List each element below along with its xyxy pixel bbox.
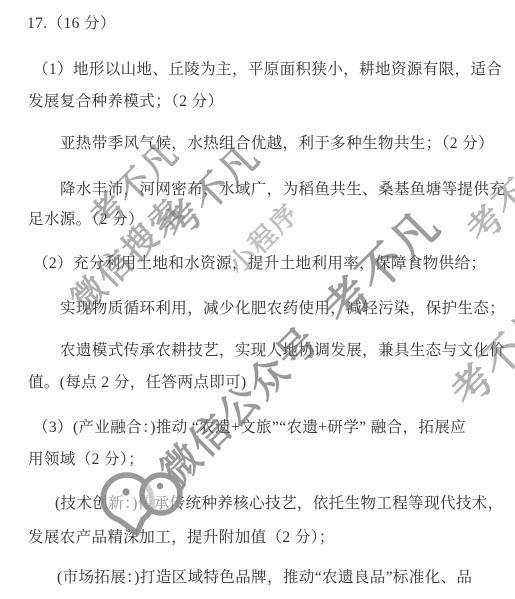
logo-right-eye xyxy=(157,483,163,489)
answer-line-11: （3）(产业融合：)推动 “农遗+文旅”“农遗+研学” 融合，拓展应 xyxy=(33,418,466,438)
logo-left-eye xyxy=(122,488,129,495)
answer-line-3: 发展复合种养模式；（2 分） xyxy=(28,92,223,112)
document-page: 17.（16 分）（1）地形以山地、丘陵为主，平原面积狭小，耕地资源有限，适合发… xyxy=(0,0,515,599)
answer-line-2: （1）地形以山地、丘陵为主，平原面积狭小，耕地资源有限，适合 xyxy=(33,60,502,80)
answer-line-12: 用领域（2 分）； xyxy=(28,450,144,470)
answer-line-5: 降水丰沛，河网密布，水域广，为稻鱼共生、桑基鱼塘等提供充 xyxy=(60,180,505,200)
answer-line-7: （2）充分利用土地和水资源，提升土地利用率，保障食物供给； xyxy=(33,254,486,274)
answer-line-6: 足水源。（2 分） xyxy=(28,210,144,230)
answer-line-1: 17.（16 分） xyxy=(27,14,116,34)
answer-line-4: 亚热带季风气候，水热组合优越，利于多种生物共生；（2 分） xyxy=(60,134,494,154)
answer-line-8: 实现物质循环利用，减少化肥农药使用，减轻污染，保护生态； xyxy=(60,299,505,319)
answer-line-15: (市场拓展：)打造区域特色品牌，推动“农遗良品”标准化、品 xyxy=(57,568,472,588)
brand-bubbles-logo-icon xyxy=(97,469,189,539)
answer-line-9: 农遗模式传承农耕技艺，实现人地协调发展，兼具生态与文化价 xyxy=(60,341,505,361)
answer-line-10: 值。(每点 2 分，任答两点即可) xyxy=(28,373,247,393)
